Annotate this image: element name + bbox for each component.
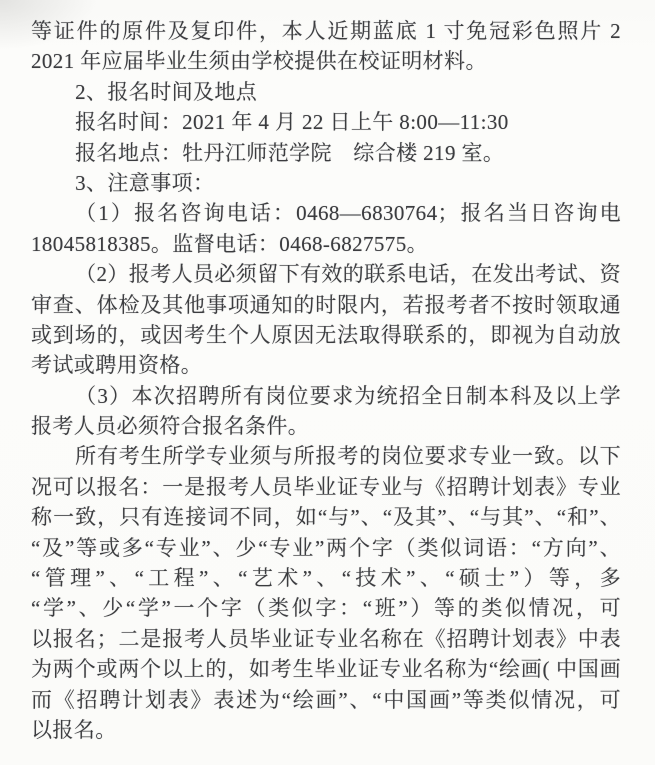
text-line: 等证件的原件及复印件，本人近期蓝底 1 寸免冠彩色照片 2 张。 (31, 16, 621, 46)
section-heading: 3、注意事项： (31, 168, 621, 198)
text-line: 18045818385。监督电话：0468-6827575。 (31, 229, 621, 259)
document-page: 等证件的原件及复印件，本人近期蓝底 1 寸免冠彩色照片 2 张。 2021 年应… (0, 0, 655, 765)
text-line: 以报名。 (31, 715, 621, 745)
text-line: “及”等或多“专业”、少“专业”两个字（类似词语：“方向”、 (31, 533, 621, 563)
text-line: 2021 年应届毕业生须由学校提供在校证明材料。 (31, 46, 621, 76)
text-line: 以报名；二是报考人员毕业证专业名称在《招聘计划表》中表述 (31, 624, 621, 654)
text-line: “学”、少“学”一个字（类似字：“班”）等的类似情况，可 (31, 593, 621, 623)
text-line: 或到场的，或因考生个人原因无法取得联系的，即视为自动放弃 (31, 320, 621, 350)
text-line: 审查、体检及其他事项通知的时限内，若报考者不按时领取通知 (31, 290, 621, 320)
text-line: （3）本次招聘所有岗位要求为统招全日制本科及以上学历， (31, 381, 621, 411)
text-line: 报名地点：牡丹江师范学院 综合楼 219 室。 (31, 138, 621, 168)
text-line: （2）报考人员必须留下有效的联系电话，在发出考试、资格 (31, 259, 621, 289)
text-line: 报名时间：2021 年 4 月 22 日上午 8:00—11:30 (31, 107, 621, 137)
text-line: 况可以报名：一是报考人员毕业证专业与《招聘计划表》专业名 (31, 472, 621, 502)
text-line: 报考人员必须符合报名条件。 (31, 411, 621, 441)
section-heading: 2、报名时间及地点 (31, 77, 621, 107)
text-line: （1）报名咨询电话：0468—6830764；报名当日咨询电话： (31, 198, 621, 228)
text-line: “管理”、“工程”、“艺术”、“技术”、“硕士”）等，多 (31, 563, 621, 593)
text-line: 考试或聘用资格。 (31, 350, 621, 380)
text-line: 所有考生所学专业须与所报考的岗位要求专业一致。以下情 (31, 441, 621, 471)
text-line: 为两个或两个以上的，如考生毕业证专业名称为“绘画( 中国画 )”， (31, 654, 621, 684)
text-line: 而《招聘计划表》表述为“绘画”、“中国画”等类似情况，可 (31, 685, 621, 715)
text-line: 称一致，只有连接词不同，如“与”、“及其”、“与其”、“和”、 (31, 502, 621, 532)
